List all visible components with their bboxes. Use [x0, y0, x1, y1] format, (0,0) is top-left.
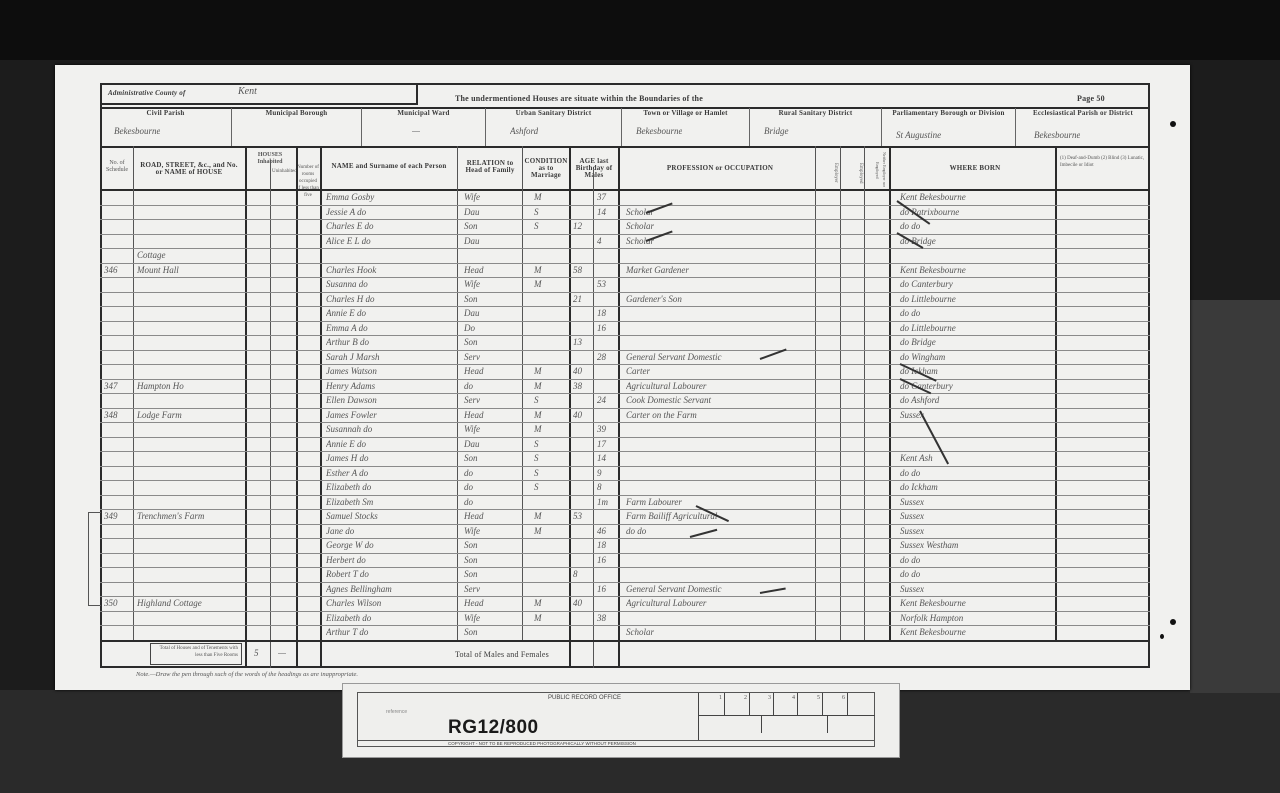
cell-m: 53: [573, 511, 593, 521]
division-value: Bekesbourne: [636, 126, 682, 136]
cell-occ: Agricultural Labourer: [626, 381, 812, 391]
cell-born: Kent Bekesbourne: [900, 265, 1050, 275]
cell-m: 40: [573, 410, 593, 420]
col-header-employed: Employed: [842, 158, 864, 188]
cell-name: Charles Hook: [326, 265, 456, 275]
cell-rel: Head: [464, 366, 520, 376]
ruler-tick: [773, 693, 774, 715]
page-number: Page 50: [1077, 94, 1105, 103]
cell-rel: Son: [464, 569, 520, 579]
cell-born: Sussex Westham: [900, 540, 1050, 550]
row-rule: [100, 408, 1150, 409]
division-town-village: Town or Village or Hamlet Bekesbourne: [622, 108, 750, 146]
cell-occ: Carter: [626, 366, 812, 376]
cell-rel: do: [464, 381, 520, 391]
cell-address: Trenchmen's Farm: [137, 511, 243, 521]
cell-rel: Head: [464, 511, 520, 521]
row-rule: [100, 480, 1150, 481]
division-civil-parish: Civil Parish Bekesbourne: [100, 108, 232, 146]
cell-born: Kent Bekesbourne: [900, 598, 1050, 608]
col-header-where-born: WHERE BORN: [900, 165, 1050, 172]
cell-address: Cottage: [137, 250, 243, 260]
cell-cond: S: [534, 207, 568, 217]
ruler-number: 4: [792, 695, 795, 702]
row-rule: [100, 509, 1150, 510]
cell-name: Arthur T do: [326, 627, 456, 637]
division-value: Bekesbourne: [114, 126, 160, 136]
cell-f: 37: [597, 192, 617, 202]
cell-name: Elizabeth do: [326, 482, 456, 492]
column-rule: [593, 170, 594, 668]
copyright-notice: COPYRIGHT - NOT TO BE REPRODUCED PHOTOGR…: [448, 741, 636, 746]
cell-f: 14: [597, 207, 617, 217]
ruler-number: 2: [744, 695, 747, 702]
cell-rel: Serv: [464, 584, 520, 594]
division-rural-sanitary-district: Rural Sanitary District Bridge: [750, 108, 882, 146]
totals-houses-box: Total of Houses and of Tenements with le…: [150, 643, 242, 665]
cell-name: Robert T do: [326, 569, 456, 579]
cell-f: 24: [597, 395, 617, 405]
cell-occ: Farm Labourer: [626, 497, 812, 507]
cell-name: Charles Wilson: [326, 598, 456, 608]
cell-rel: Wife: [464, 192, 520, 202]
ruler-tick: [822, 693, 823, 715]
ruler-tick: [847, 693, 848, 715]
column-rule: [618, 146, 620, 668]
col-header-occupation: PROFESSION or OCCUPATION: [630, 165, 810, 172]
cell-rel: Son: [464, 221, 520, 231]
col-header-schedule: No. of Schedule: [101, 160, 133, 174]
cell-sched: 346: [104, 265, 132, 275]
cell-cond: M: [534, 410, 568, 420]
cell-rel: Do: [464, 323, 520, 333]
cell-f: 16: [597, 555, 617, 565]
ruler-tick: [827, 715, 828, 733]
cell-cond: M: [534, 424, 568, 434]
cell-name: James Fowler: [326, 410, 456, 420]
punch-hole: [1170, 121, 1176, 127]
footnote: Note.—Draw the pen through such of the w…: [136, 671, 358, 678]
cell-name: Samuel Stocks: [326, 511, 456, 521]
cell-cond: M: [534, 366, 568, 376]
cell-born: do do: [900, 221, 1050, 231]
cell-born: do Wingham: [900, 352, 1050, 362]
cell-rel: Head: [464, 410, 520, 420]
cell-born: do do: [900, 308, 1050, 318]
cell-name: Arthur B do: [326, 337, 456, 347]
col-header-address: ROAD, STREET, &c., and No. or NAME of HO…: [136, 162, 242, 176]
cell-born: Norfolk Hampton: [900, 613, 1050, 623]
cell-address: Hampton Ho: [137, 381, 243, 391]
cell-name: Jane do: [326, 526, 456, 536]
totals-persons-label: Total of Males and Females: [455, 650, 549, 659]
cell-occ: Agricultural Labourer: [626, 598, 812, 608]
cell-cond: M: [534, 511, 568, 521]
cell-f: 1m: [597, 497, 617, 507]
cell-occ: Gardener's Son: [626, 294, 812, 304]
col-header-name: NAME and Surname of each Person: [330, 163, 448, 170]
cell-cond: S: [534, 468, 568, 478]
cell-born: do Canterbury: [900, 279, 1050, 289]
division-municipal-ward: Municipal Ward —: [362, 108, 486, 146]
cell-sched: 348: [104, 410, 132, 420]
cell-rel: do: [464, 497, 520, 507]
total-houses-inhabited: 5: [254, 648, 259, 658]
cell-sched: 350: [104, 598, 132, 608]
row-rule: [100, 451, 1150, 452]
cell-occ: Scholar: [626, 627, 812, 637]
cell-occ: General Servant Domestic: [626, 352, 812, 362]
cell-name: Charles E do: [326, 221, 456, 231]
cell-born: do Littlebourne: [900, 294, 1050, 304]
cell-born: Kent Ash: [900, 453, 1050, 463]
cell-rel: Head: [464, 265, 520, 275]
label-header: PUBLIC RECORD OFFICE: [548, 695, 621, 701]
cell-m: 40: [573, 598, 593, 608]
row-rule: [100, 393, 1150, 394]
reference-number: RG12/800: [448, 717, 539, 739]
cell-name: Agnes Bellingham: [326, 584, 456, 594]
cell-rel: Serv: [464, 352, 520, 362]
cell-name: Emma Gosby: [326, 192, 456, 202]
division-value: —: [412, 126, 420, 136]
cell-f: 28: [597, 352, 617, 362]
cell-f: 18: [597, 540, 617, 550]
row-rule: [100, 350, 1150, 351]
ruler-tick: [761, 715, 762, 733]
cell-name: James H do: [326, 453, 456, 463]
division-value: Bridge: [764, 126, 789, 136]
cell-cond: M: [534, 381, 568, 391]
cell-name: Ellen Dawson: [326, 395, 456, 405]
cell-name: Emma A do: [326, 323, 456, 333]
cell-born: do Bridge: [900, 236, 1050, 246]
cell-born: Sussex: [900, 497, 1050, 507]
bracket-mark: [88, 512, 101, 606]
cell-name: Henry Adams: [326, 381, 456, 391]
row-rule: [100, 524, 1150, 525]
cell-rel: Wife: [464, 526, 520, 536]
cell-cond: M: [534, 265, 568, 275]
cell-cond: M: [534, 598, 568, 608]
cell-occ: Market Gardener: [626, 265, 812, 275]
col-header-neither: Neither Employer nor Employed: [866, 152, 888, 188]
row-rule: [100, 611, 1150, 612]
cell-address: Mount Hall: [137, 265, 243, 275]
row-rule: [100, 248, 1150, 249]
row-rule: [100, 292, 1150, 293]
cell-f: 9: [597, 468, 617, 478]
cell-born: do do: [900, 555, 1050, 565]
col-header-infirmities: (1) Deaf-and-Dumb (2) Blind (3) Lunatic,…: [1060, 155, 1148, 169]
division-value: Ashford: [510, 126, 538, 136]
ruler-number: 5: [817, 695, 820, 702]
row-rule: [100, 582, 1150, 583]
column-rule: [245, 146, 247, 668]
col-header-rooms: Number of rooms occupied if less than fi…: [297, 164, 319, 199]
cell-name: Elizabeth Sm: [326, 497, 456, 507]
cell-born: Sussex: [900, 526, 1050, 536]
row-rule: [100, 234, 1150, 235]
cell-cond: M: [534, 279, 568, 289]
cell-sched: 349: [104, 511, 132, 521]
admin-county-box: Administrative County of Kent: [100, 83, 418, 105]
ruler-rule: [699, 715, 875, 716]
cell-rel: Serv: [464, 395, 520, 405]
punch-hole: [1170, 619, 1176, 625]
cell-name: Alice E L do: [326, 236, 456, 246]
row-rule: [100, 567, 1150, 568]
cell-m: 12: [573, 221, 593, 231]
scanner-background-right: [1190, 300, 1280, 693]
cell-name: Annie E do: [326, 439, 456, 449]
ruler-tick: [797, 693, 798, 715]
admin-county-label: Administrative County of: [108, 89, 186, 97]
cell-cond: M: [534, 613, 568, 623]
cell-rel: Wife: [464, 279, 520, 289]
cell-born: do Ickham: [900, 482, 1050, 492]
cell-m: 8: [573, 569, 593, 579]
total-houses-uninhabited: —: [278, 648, 286, 658]
cell-born: do Bridge: [900, 337, 1050, 347]
cell-name: Charles H do: [326, 294, 456, 304]
row-rule: [100, 538, 1150, 539]
cell-name: James Watson: [326, 366, 456, 376]
cell-rel: Wife: [464, 424, 520, 434]
division-parliamentary-borough: Parliamentary Borough or Division St Aug…: [882, 108, 1016, 146]
ruler-number: 1: [719, 695, 722, 702]
column-rule: [296, 146, 298, 668]
cell-f: 4: [597, 236, 617, 246]
cell-m: 38: [573, 381, 593, 391]
cell-address: Highland Cottage: [137, 598, 243, 608]
cell-f: 16: [597, 584, 617, 594]
cell-rel: do: [464, 482, 520, 492]
cell-born: Sussex: [900, 511, 1050, 521]
cell-f: 14: [597, 453, 617, 463]
cell-name: Annie E do: [326, 308, 456, 318]
cell-name: George W do: [326, 540, 456, 550]
row-rule: [100, 466, 1150, 467]
cell-rel: Son: [464, 627, 520, 637]
cell-born: do Patrixbourne: [900, 207, 1050, 217]
cell-rel: Son: [464, 294, 520, 304]
header-divider: [100, 189, 1150, 191]
label-frame: PUBLIC RECORD OFFICE reference RG12/800 …: [357, 692, 875, 747]
cell-born: do Ashford: [900, 395, 1050, 405]
cell-rel: Son: [464, 453, 520, 463]
column-rule: [320, 146, 322, 668]
cell-sched: 347: [104, 381, 132, 391]
row-rule: [100, 553, 1150, 554]
col-header-condition: CONDITION as to Marriage: [524, 158, 568, 179]
ruler-number: 3: [768, 695, 771, 702]
cell-rel: Head: [464, 598, 520, 608]
cell-name: Sarah J Marsh: [326, 352, 456, 362]
cell-address: Lodge Farm: [137, 410, 243, 420]
cell-f: 38: [597, 613, 617, 623]
punch-hole: [1160, 634, 1164, 639]
cell-born: do do: [900, 569, 1050, 579]
cell-rel: Son: [464, 555, 520, 565]
cell-cond: S: [534, 453, 568, 463]
cell-rel: Wife: [464, 613, 520, 623]
cell-cond: M: [534, 526, 568, 536]
admin-county-value: Kent: [238, 86, 257, 97]
cell-born: Kent Bekesbourne: [900, 627, 1050, 637]
cell-name: Esther A do: [326, 468, 456, 478]
cell-rel: Dau: [464, 236, 520, 246]
col-header-uninhabited: Uninhabited: [272, 168, 296, 175]
row-rule: [100, 263, 1150, 264]
col-header-relation: RELATION to Head of Family: [460, 160, 520, 174]
cell-name: Elizabeth do: [326, 613, 456, 623]
cell-m: 40: [573, 366, 593, 376]
cell-f: 53: [597, 279, 617, 289]
col-header-age: AGE last Birthday of Males: [572, 158, 616, 179]
cell-name: Herbert do: [326, 555, 456, 565]
ruler-tick: [749, 693, 750, 715]
cell-m: 58: [573, 265, 593, 275]
cell-occ: Carter on the Farm: [626, 410, 812, 420]
row-rule: [100, 321, 1150, 322]
row-rule: [100, 625, 1150, 626]
cell-born: Sussex: [900, 584, 1050, 594]
totals-houses-label: Total of Houses and of Tenements with le…: [151, 644, 241, 660]
cell-rel: Son: [464, 540, 520, 550]
scanner-background-top: [0, 0, 1280, 60]
row-rule: [100, 205, 1150, 206]
cell-rel: Dau: [464, 308, 520, 318]
division-ecclesiastical-parish: Ecclesiastical Parish or District Bekesb…: [1016, 108, 1150, 146]
row-rule: [100, 596, 1150, 597]
cell-born: do Littlebourne: [900, 323, 1050, 333]
row-rule: [100, 277, 1150, 278]
cell-cond: S: [534, 482, 568, 492]
cell-born: do do: [900, 468, 1050, 478]
cell-occ: Cook Domestic Servant: [626, 395, 812, 405]
column-rule: [270, 160, 271, 668]
label-small-text: reference: [386, 709, 407, 715]
column-rule: [569, 146, 571, 668]
cell-occ: Scholar: [626, 221, 812, 231]
row-rule: [100, 219, 1150, 220]
cell-born: Kent Bekesbourne: [900, 192, 1050, 202]
cell-cond: S: [534, 395, 568, 405]
scale-ruler: 1 2 3 4 5 6: [698, 693, 875, 740]
row-rule: [100, 422, 1150, 423]
cell-name: Susanna do: [326, 279, 456, 289]
cell-f: 18: [597, 308, 617, 318]
cell-rel: Dau: [464, 439, 520, 449]
cell-f: 16: [597, 323, 617, 333]
cell-occ: do do: [626, 526, 812, 536]
row-rule: [100, 495, 1150, 496]
row-rule: [100, 379, 1150, 380]
division-value: St Augustine: [896, 130, 941, 140]
col-header-employer: Employer: [817, 158, 839, 188]
cell-cond: S: [534, 221, 568, 231]
cell-rel: do: [464, 468, 520, 478]
cell-f: 39: [597, 424, 617, 434]
totals-divider: [100, 640, 1150, 642]
ruler-tick: [724, 693, 725, 715]
cell-m: 13: [573, 337, 593, 347]
cell-f: 8: [597, 482, 617, 492]
ruler-number: 6: [842, 695, 845, 702]
divider: [100, 146, 1150, 148]
division-urban-sanitary-district: Urban Sanitary District Ashford: [486, 108, 622, 146]
header-notice: The undermentioned Houses are situate wi…: [455, 94, 703, 103]
cell-f: 46: [597, 526, 617, 536]
cell-cond: M: [534, 192, 568, 202]
row-rule: [100, 335, 1150, 336]
cell-cond: S: [534, 439, 568, 449]
row-rule: [100, 437, 1150, 438]
archive-reference-label: PUBLIC RECORD OFFICE reference RG12/800 …: [342, 683, 900, 758]
division-municipal-borough: Municipal Borough: [232, 108, 362, 146]
cell-f: 17: [597, 439, 617, 449]
row-rule: [100, 364, 1150, 365]
cell-rel: Dau: [464, 207, 520, 217]
division-value: Bekesbourne: [1034, 130, 1080, 140]
cell-m: 21: [573, 294, 593, 304]
cell-name: Susannah do: [326, 424, 456, 434]
cell-name: Jessie A do: [326, 207, 456, 217]
row-rule: [100, 306, 1150, 307]
cell-rel: Son: [464, 337, 520, 347]
